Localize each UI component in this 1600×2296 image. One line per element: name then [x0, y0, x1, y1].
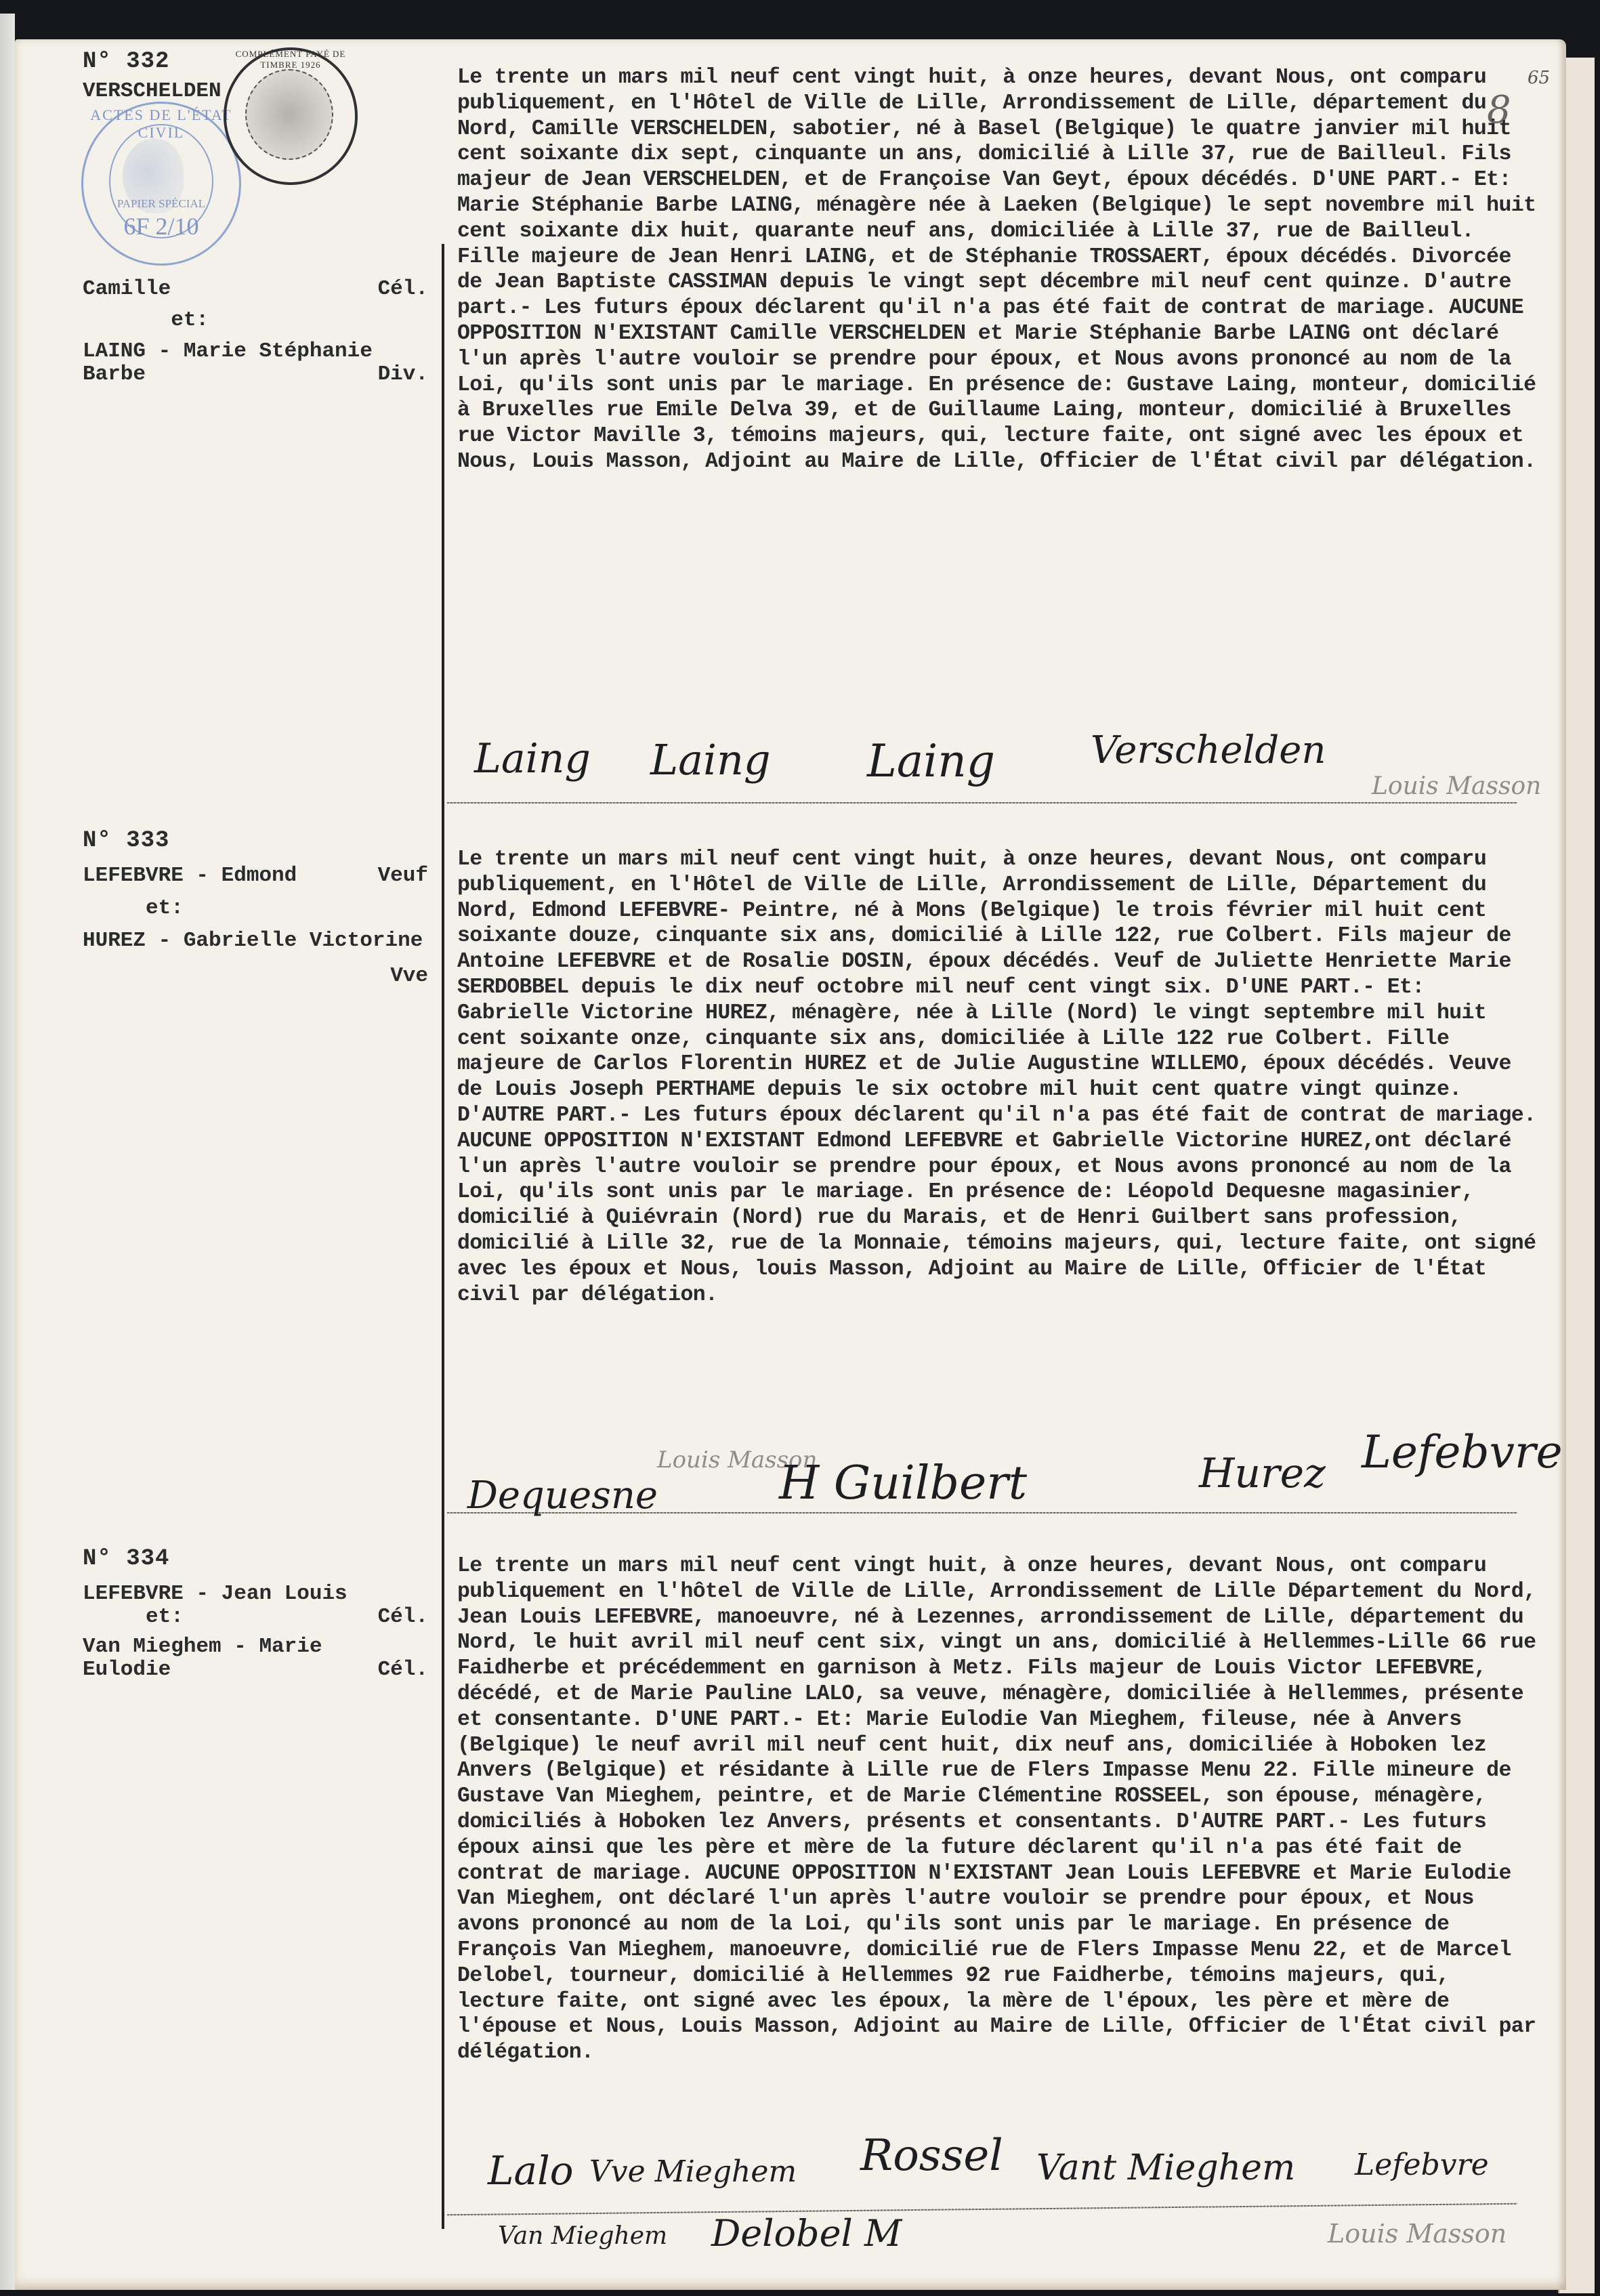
signature: Laing	[474, 735, 591, 782]
margin-line: et:	[83, 309, 428, 332]
signature: Laing	[650, 735, 771, 785]
act-332-body: Le trente un mars mil neuf cent vingt hu…	[457, 65, 1541, 475]
signature: Hurez	[1199, 1450, 1326, 1497]
officer-signature: Louis Masson	[1372, 772, 1541, 800]
signature: Verschelden	[1091, 728, 1326, 772]
signature-line	[447, 802, 1517, 803]
binding-spine	[0, 14, 15, 2290]
act-number: N° 332	[83, 49, 428, 75]
signature: Vant Mieghem	[1036, 2148, 1295, 2188]
margin-line: LEFEBVRE - Jean Louis	[83, 1583, 428, 1606]
margin-line: EulodieCél.	[83, 1658, 428, 1682]
act-number: N° 334	[83, 1546, 428, 1572]
act-332-parties: CamilleCél. et: LAING - Marie Stéphanie …	[83, 278, 428, 386]
signature: Vve Mieghem	[589, 2154, 797, 2189]
margin-line: CamilleCél.	[83, 278, 428, 301]
signature: Laing	[867, 735, 995, 787]
margin-line: BarbeDiv.	[83, 363, 428, 386]
etat-civil-stamp: ACTES DE L'ÉTAT CIVIL PAPIER SPÉCIAL 6F …	[81, 102, 241, 266]
signature: H Guilbert	[779, 1457, 1027, 1510]
act-333-margin: N° 333 LEFEBVRE - EdmondVeuf et: HUREZ -…	[83, 828, 428, 965]
margin-line: LAING - Marie Stéphanie	[83, 340, 428, 363]
margin-line: et:	[83, 897, 428, 920]
signature: Van Mieghem	[498, 2222, 667, 2250]
stamp-price: 6F 2/10	[83, 212, 239, 241]
stamp-label: PAPIER SPÉCIAL	[83, 197, 239, 211]
act-332-margin: N° 332 VERSCHELDEN	[83, 49, 428, 103]
margin-divider	[442, 1470, 444, 2229]
margin-line: et:Cél.	[83, 1606, 428, 1629]
margin-line: VERSCHELDEN	[83, 80, 428, 103]
signature: Rossel	[860, 2131, 1003, 2181]
margin-line: HUREZ - Gabrielle Victorine	[83, 930, 428, 953]
margin-line: LEFEBVRE - EdmondVeuf	[83, 864, 428, 888]
act-333-body: Le trente un mars mil neuf cent vingt hu…	[457, 847, 1541, 1308]
signature: Lefebvre	[1355, 2148, 1489, 2182]
act-334-body: Le trente un mars mil neuf cent vingt hu…	[457, 1553, 1541, 2066]
signature: Dequesne	[467, 1474, 658, 1518]
officer-signature: Louis Masson	[1328, 2219, 1507, 2249]
margin-line: Van Mieghem - Marie	[83, 1635, 428, 1658]
signature: Delobel M	[711, 2212, 902, 2255]
margin-divider	[442, 244, 444, 766]
margin-divider	[442, 766, 444, 1470]
signature: Lalo	[488, 2148, 574, 2194]
act-334-margin: N° 334 LEFEBVRE - Jean Louis et:Cél. Van…	[83, 1546, 428, 1682]
act-number: N° 333	[83, 828, 428, 854]
signature: Lefebvre	[1362, 1426, 1563, 1478]
